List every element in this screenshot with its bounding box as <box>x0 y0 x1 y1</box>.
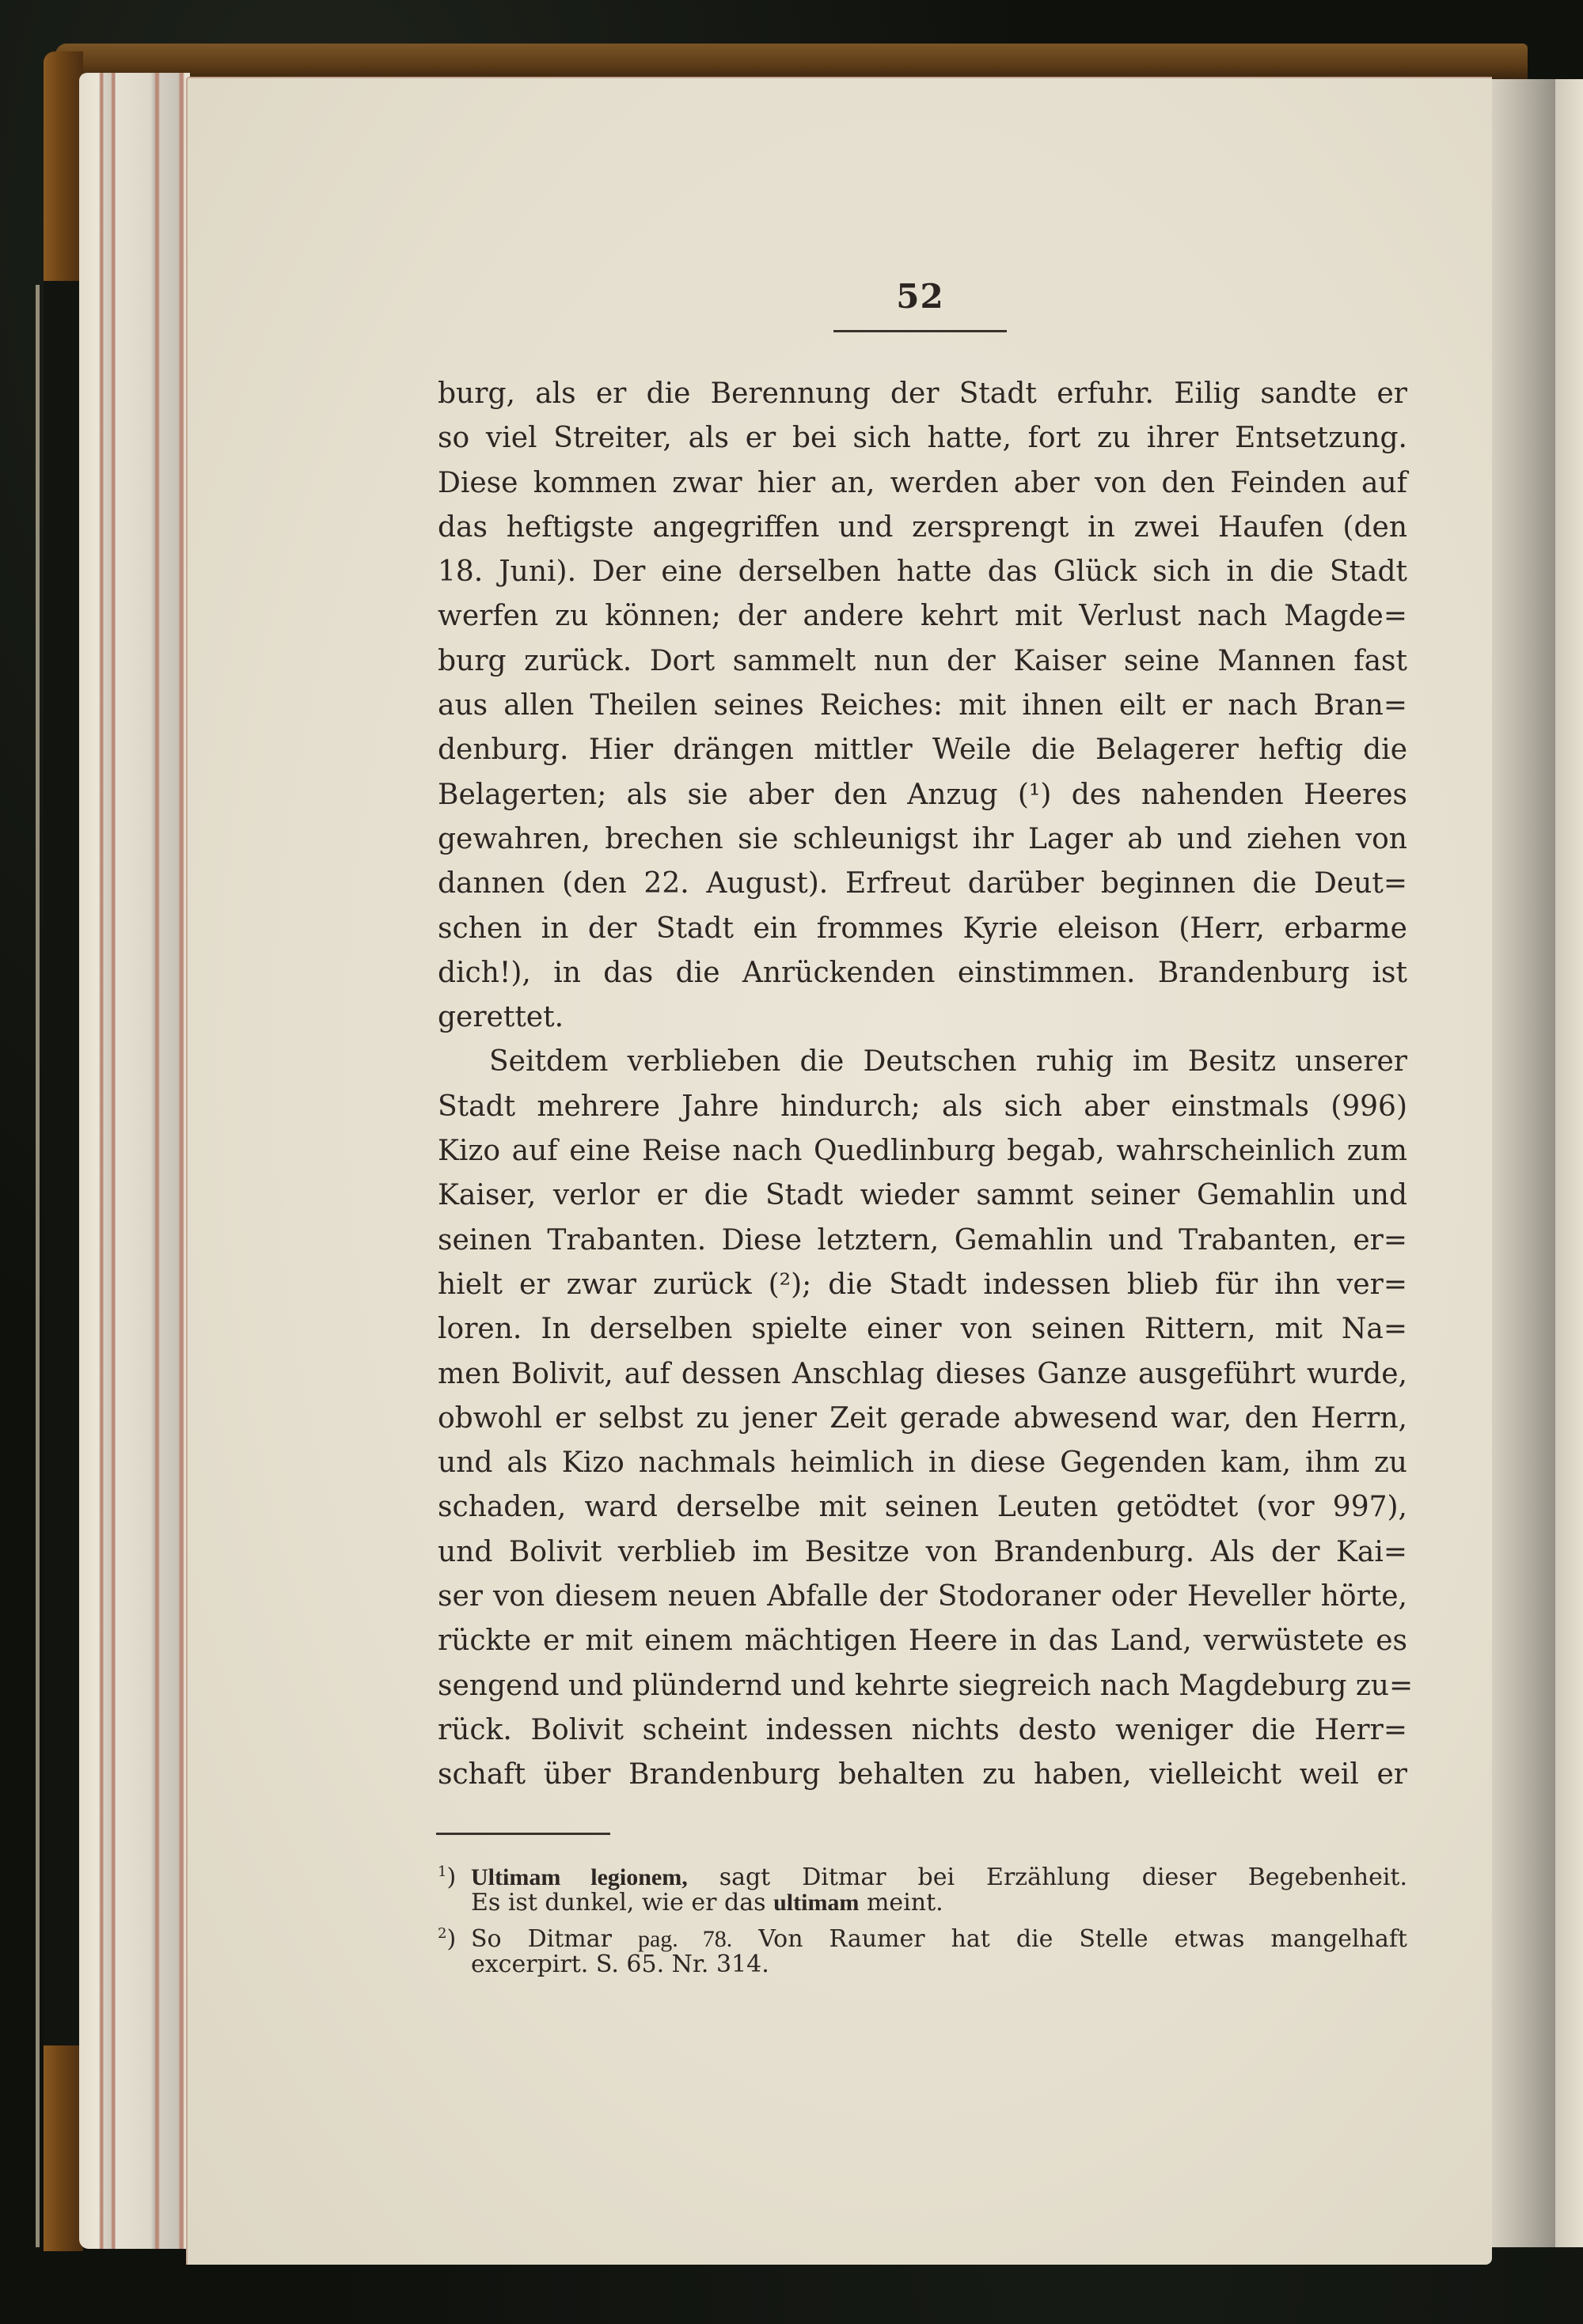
text-line: schaft über Brandenburg behalten zu habe… <box>438 1753 1407 1797</box>
paragraph-end-line: gerettet. <box>438 995 1407 1040</box>
text-line: rückte er mit einem mächtigen Heere in d… <box>438 1619 1407 1663</box>
text-line: und als Kizo nachmals heimlich in diese … <box>438 1441 1407 1485</box>
text-line: gewahren, brechen sie schleunigst ihr La… <box>438 817 1407 862</box>
footnote-marker: 2) <box>438 1918 471 1954</box>
text-line: sengend und plündernd und kehrte siegrei… <box>438 1664 1407 1708</box>
body-text: burg, als er die Berennung der Stadt erf… <box>438 372 1407 1798</box>
footnote-latin-word: ultimam <box>773 1890 859 1916</box>
text-line: loren. In derselben spielte einer von se… <box>438 1307 1407 1352</box>
footnote-text: meint. <box>867 1889 943 1916</box>
text-line: so viel Streiter, als er bei sich hatte,… <box>438 416 1407 461</box>
worn-binding-patch <box>44 281 79 2045</box>
footnote-2-line-1: 2)So Ditmar pag. 78. Von Raumer hat die … <box>438 1918 1407 1949</box>
text-line: aus allen Theilen seines Reiches: mit ih… <box>438 684 1407 728</box>
page-number-rule <box>833 330 1007 332</box>
footnote-marker: 1) <box>438 1856 471 1893</box>
text-line: burg zurück. Dort sammelt nun der Kaiser… <box>438 639 1407 684</box>
text-line: seinen Trabanten. Diese letztern, Gemahl… <box>438 1219 1407 1263</box>
text-line: und Bolivit verblieb im Besitze von Bran… <box>438 1530 1407 1575</box>
text-line: dannen (den 22. August). Erfreut darüber… <box>438 862 1407 906</box>
text-line: rück. Bolivit scheint indessen nichts de… <box>438 1708 1407 1753</box>
text-line: schaden, ward derselbe mit seinen Leuten… <box>438 1485 1407 1530</box>
text-line: werfen zu können; der andere kehrt mit V… <box>438 594 1407 639</box>
text-line: Diese kommen zwar hier an, werden aber v… <box>438 461 1407 506</box>
binding-edge-strip <box>36 285 40 2247</box>
paragraph-start-line: Seitdem verblieben die Deutschen ruhig i… <box>438 1040 1407 1084</box>
text-line: hielt er zwar zurück (²); die Stadt inde… <box>438 1263 1407 1307</box>
page-number: 52 <box>833 277 1007 316</box>
footnote-2-line-2: excerpirt. S. 65. Nr. 314. <box>438 1949 1407 1980</box>
footnote-text: Es ist dunkel, wie er das <box>471 1889 766 1916</box>
text-line: obwohl er selbst zu jener Zeit gerade ab… <box>438 1397 1407 1441</box>
text-line: denburg. Hier drängen mittler Weile die … <box>438 728 1407 772</box>
page-gutter-shadow <box>1488 79 1559 2247</box>
text-line: Stadt mehrere Jahre hindurch; als sich a… <box>438 1085 1407 1129</box>
text-line: dich!), in das die Anrückenden einstimme… <box>438 951 1407 995</box>
footnote-1-line-2: Es ist dunkel, wie er das ultimam meint. <box>438 1887 1407 1918</box>
footnote-1-line-1: 1)Ultimam legionem, sagt Ditmar bei Erzä… <box>438 1856 1407 1887</box>
text-line: ser von diesem neuen Abfalle der Stodora… <box>438 1575 1407 1619</box>
footnotes: 1)Ultimam legionem, sagt Ditmar bei Erzä… <box>438 1856 1407 1980</box>
text-line: das heftigste angegriffen und zersprengt… <box>438 506 1407 550</box>
text-line: men Bolivit, auf dessen Anschlag dieses … <box>438 1352 1407 1397</box>
text-line: 18. Juni). Der eine derselben hatte das … <box>438 550 1407 594</box>
text-line: Belagerten; als sie aber den Anzug (¹) d… <box>438 773 1407 817</box>
footnote-text: Von Raumer hat die Stelle etwas mangelha… <box>758 1925 1407 1953</box>
stacked-page-edges <box>79 73 190 2249</box>
text-line: burg, als er die Berennung der Stadt erf… <box>438 372 1407 416</box>
facing-page-edge <box>1555 79 1583 2247</box>
text-line: Kizo auf eine Reise nach Quedlinburg beg… <box>438 1129 1407 1173</box>
leather-binding-top <box>55 44 1528 79</box>
footnote-separator-rule <box>436 1833 610 1835</box>
text-line: schen in der Stadt ein frommes Kyrie ele… <box>438 907 1407 951</box>
text-line: Kaiser, verlor er die Stadt wieder sammt… <box>438 1173 1407 1218</box>
